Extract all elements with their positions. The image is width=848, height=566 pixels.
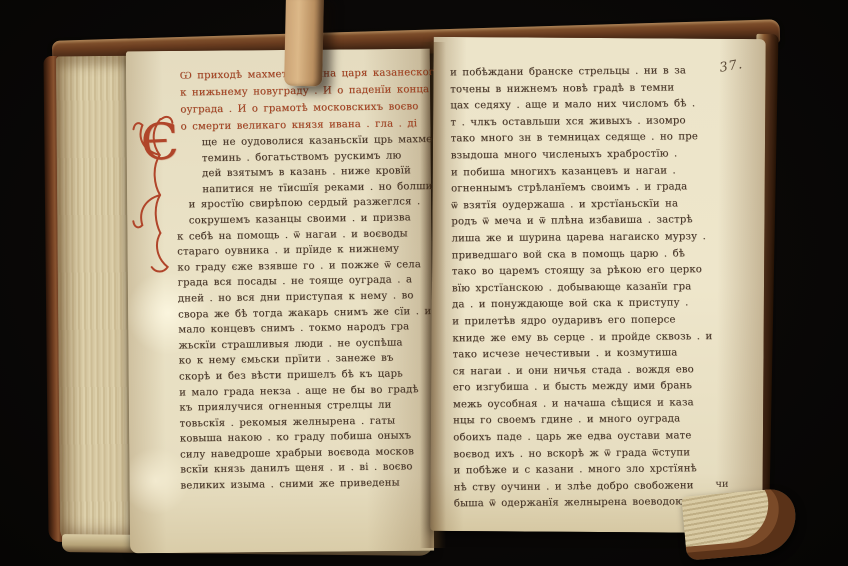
catchword: чи [715, 479, 728, 490]
page-block-corner-right [681, 487, 798, 561]
drop-cap-initial: Є [140, 116, 180, 168]
text-line: великих изыма . сними же приведены [180, 475, 434, 494]
left-page: Є Ѡ приходѣ махмет шемина царя казанеско… [126, 49, 434, 554]
text-line: книде же ему вь серце . и пройде сквозь … [452, 328, 754, 347]
book-gutter-shadow [420, 42, 446, 548]
bookmark-stick [284, 0, 324, 86]
right-page: 37. и побѣждани бранске стрельцы . ни в … [430, 37, 765, 533]
right-page-text: и побѣждани бранске стрельцы . ни в зато… [450, 63, 756, 514]
left-page-text: ще не оудоволися казаньскїи црь махметем… [176, 132, 435, 494]
manuscript-photo: Є Ѡ приходѣ махмет шемина царя казанеско… [0, 0, 848, 566]
